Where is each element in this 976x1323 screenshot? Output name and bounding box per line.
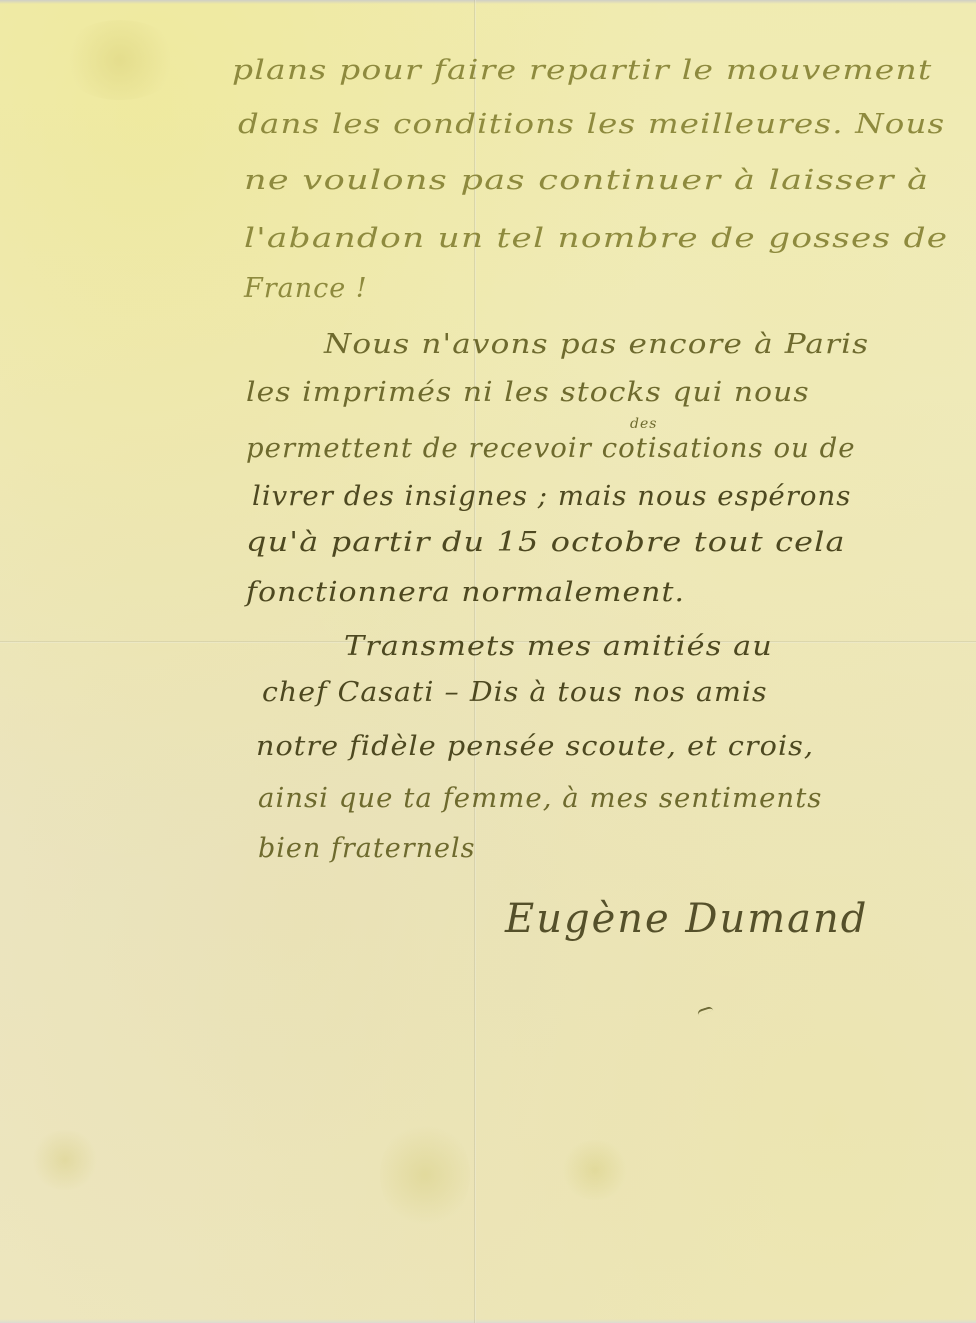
letter-line: qu'à partir du 15 octobre tout cela (246, 526, 846, 560)
letter-line: dans les conditions les meilleures. Nous (238, 108, 945, 142)
letter-line: notre fidèle pensée scoute, et crois, (256, 730, 814, 764)
scanned-letter-page: plans pour faire repartir le mouvement d… (0, 0, 976, 1323)
letter-line: ainsi que ta femme, à mes sentiments (258, 782, 822, 816)
letter-line: permettent de recevoir cotisations ou de (246, 432, 856, 466)
letter-line: livrer des insignes ; mais nous espérons (252, 480, 851, 514)
letter-line: Transmets mes amitiés au (344, 630, 773, 664)
letter-line: l'abandon un tel nombre de gosses de (244, 222, 948, 256)
letter-line: les imprimés ni les stocks qui nous (246, 376, 810, 410)
letter-body: plans pour faire repartir le mouvement d… (0, 0, 976, 1323)
letter-line: France ! (244, 272, 368, 306)
letter-line: Nous n'avons pas encore à Paris (324, 328, 869, 362)
letter-line: bien fraternels (258, 832, 475, 866)
signature: Eugène Dumand (505, 895, 868, 943)
letter-line: plans pour faire repartir le mouvement (232, 54, 932, 88)
pen-mark (697, 1006, 714, 1016)
letter-line: chef Casati – Dis à tous nos amis (262, 676, 768, 710)
letter-line: ne voulons pas continuer à laisser à (244, 164, 929, 198)
inserted-word: des (630, 416, 657, 432)
letter-line: fonctionnera normalement. (246, 576, 685, 610)
